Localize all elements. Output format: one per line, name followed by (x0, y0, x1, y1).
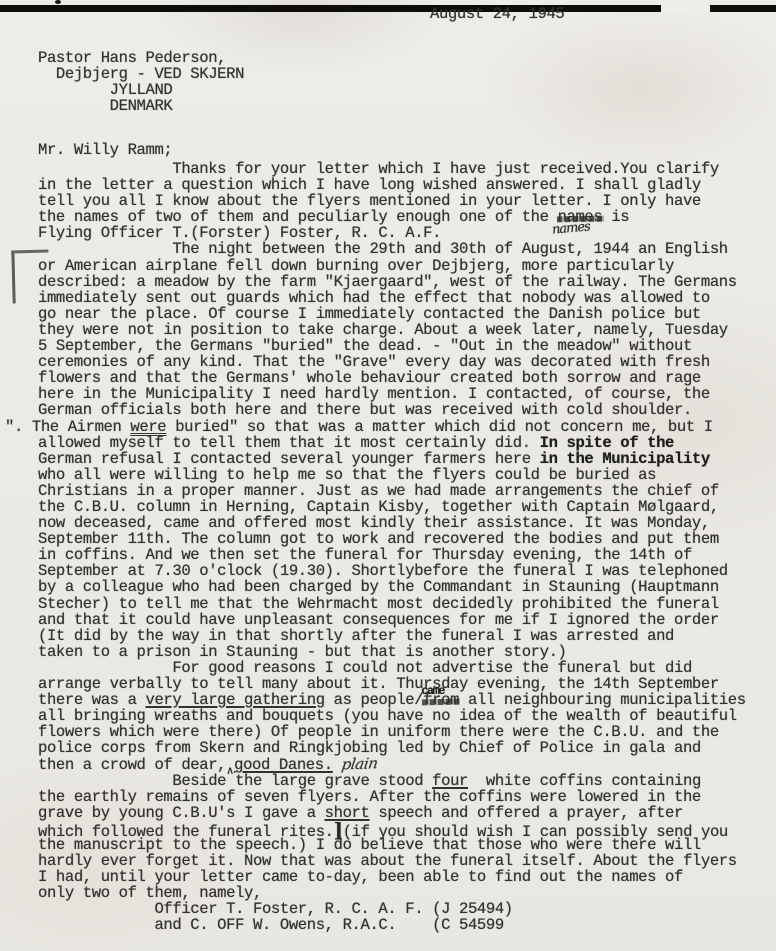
letter-line: flowers which were there) Of people in u… (38, 724, 776, 740)
letter-line: Beside the large grave stood four white … (38, 773, 776, 789)
letter-line: I had, until your letter came to-day, be… (38, 869, 776, 885)
letter-line: go near the place. Of course I immediate… (38, 306, 776, 322)
letter-line: or American airplane fell down burning o… (38, 258, 776, 274)
letter-line: now deceased, came and offered most kind… (38, 515, 776, 531)
scan-top-border-gap (661, 3, 710, 14)
letter-line: the C.B.U. column in Herning, Captain Ki… (38, 499, 776, 515)
letter-line: described: a meadow by the farm "Kjaerga… (38, 274, 776, 290)
letter-line: tell you all I know about the flyers men… (38, 193, 776, 209)
address-line: JYLLAND (38, 82, 244, 98)
letter-line: here in the Municipality I need hardly m… (38, 386, 776, 402)
letter-line: who all were willing to help me so that … (38, 467, 776, 483)
letter-line: Christians in a proper manner. Just as w… (38, 483, 776, 499)
struck-out-word: fromcame (423, 692, 459, 708)
typewritten-text: and C. OFF W. Owens, R.A.C. (C 54599 (38, 916, 504, 934)
letter-line: then a crowd of dear,∧good Danes. plain (38, 756, 776, 772)
typed-correction-above: came (421, 683, 444, 699)
scan-top-border (0, 5, 776, 12)
scan-speck (55, 0, 61, 4)
letter-line: in coffins. And we then set the funeral … (38, 547, 776, 563)
letter-line: allowed myself to tell them that it most… (38, 435, 776, 451)
letter-body: Thanks for your letter which I have just… (38, 161, 776, 934)
letter-line: ". The Airmen were buried" so that was a… (38, 419, 776, 435)
struck-out-word: namesnames (558, 209, 603, 225)
handwritten-note: plain (331, 756, 378, 774)
address-line: Pastor Hans Pederson, (38, 50, 244, 66)
letter-line: Thanks for your letter which I have just… (38, 161, 776, 177)
letter-line: in the letter a question which I have lo… (38, 177, 776, 193)
underlined-text: short (325, 804, 370, 822)
letter-line: the manuscript to the speech.) I do beli… (38, 837, 776, 853)
letter-line: Stecher) to tell me that the Wehrmacht m… (38, 596, 776, 612)
letter-line: ceremonies of any kind. That the "Grave"… (38, 354, 776, 370)
letter-line: which followed the funeral rites.](if yo… (38, 821, 776, 837)
letter-line: flowers and that the Germans' whole beha… (38, 370, 776, 386)
letter-line: they were not in position to take charge… (38, 322, 776, 338)
letter-line: hardly ever forget it. Now that was abou… (38, 853, 776, 869)
letter-line: For good reasons I could not advertise t… (38, 660, 776, 676)
letter-line: (It did by the way in that shortly after… (38, 628, 776, 644)
recipient-address: Pastor Hans Pederson, Dejbjerg - VED SKJ… (38, 50, 244, 114)
letter-line: September 11th. The column got to work a… (38, 531, 776, 547)
letter-line: only two of them, namely, (38, 885, 776, 901)
letter-line: police corps from Skern and Ringkjobing … (38, 740, 776, 756)
letter-line: the earthly remains of seven flyers. Aft… (38, 789, 776, 805)
letter-line: The night between the 29th and 30th of A… (38, 241, 776, 257)
typewritten-text: is (602, 208, 629, 226)
address-line: Dejbjerg - VED SKJERN (38, 66, 244, 82)
letter-line: all bringing wreaths and bouquets (you h… (38, 708, 776, 724)
typewritten-text: speech and offered a prayer, after (369, 804, 683, 822)
handwritten-bracket: ] (334, 822, 343, 838)
scanned-letter-page: { "date": "August 24, 1945", "recipient"… (0, 0, 776, 951)
letter-line: and C. OFF W. Owens, R.A.C. (C 54599 (38, 917, 776, 933)
letter-line: 5 September, the Germans "buried" the de… (38, 338, 776, 354)
address-line: DENMARK (38, 98, 244, 114)
letter-line: German refusal I contacted several young… (38, 451, 776, 467)
letter-line: and that it could have unpleasant conseq… (38, 612, 776, 628)
letter-line: the names of two of them and peculiarly … (38, 209, 776, 225)
letter-line: taken to a prison in Stauning - but that… (38, 644, 776, 660)
typewritten-text: grave by young C.B.U's I gave a (38, 804, 325, 822)
letter-line: arrange verbally to tell many about it. … (38, 676, 776, 692)
letter-line: immediately sent out guards which had th… (38, 290, 776, 306)
letter-line: by a colleague who had been charged by t… (38, 579, 776, 595)
date-line: August 24, 1945 (430, 6, 564, 22)
letter-line: there was a very large gathering as peop… (38, 692, 776, 708)
letter-line: German officials both here and there but… (38, 402, 776, 418)
letter-line: grave by young C.B.U's I gave a short sp… (38, 805, 776, 821)
salutation: Mr. Willy Ramm; (38, 142, 172, 158)
letter-line: Officer T. Foster, R. C. A. F. (J 25494) (38, 901, 776, 917)
